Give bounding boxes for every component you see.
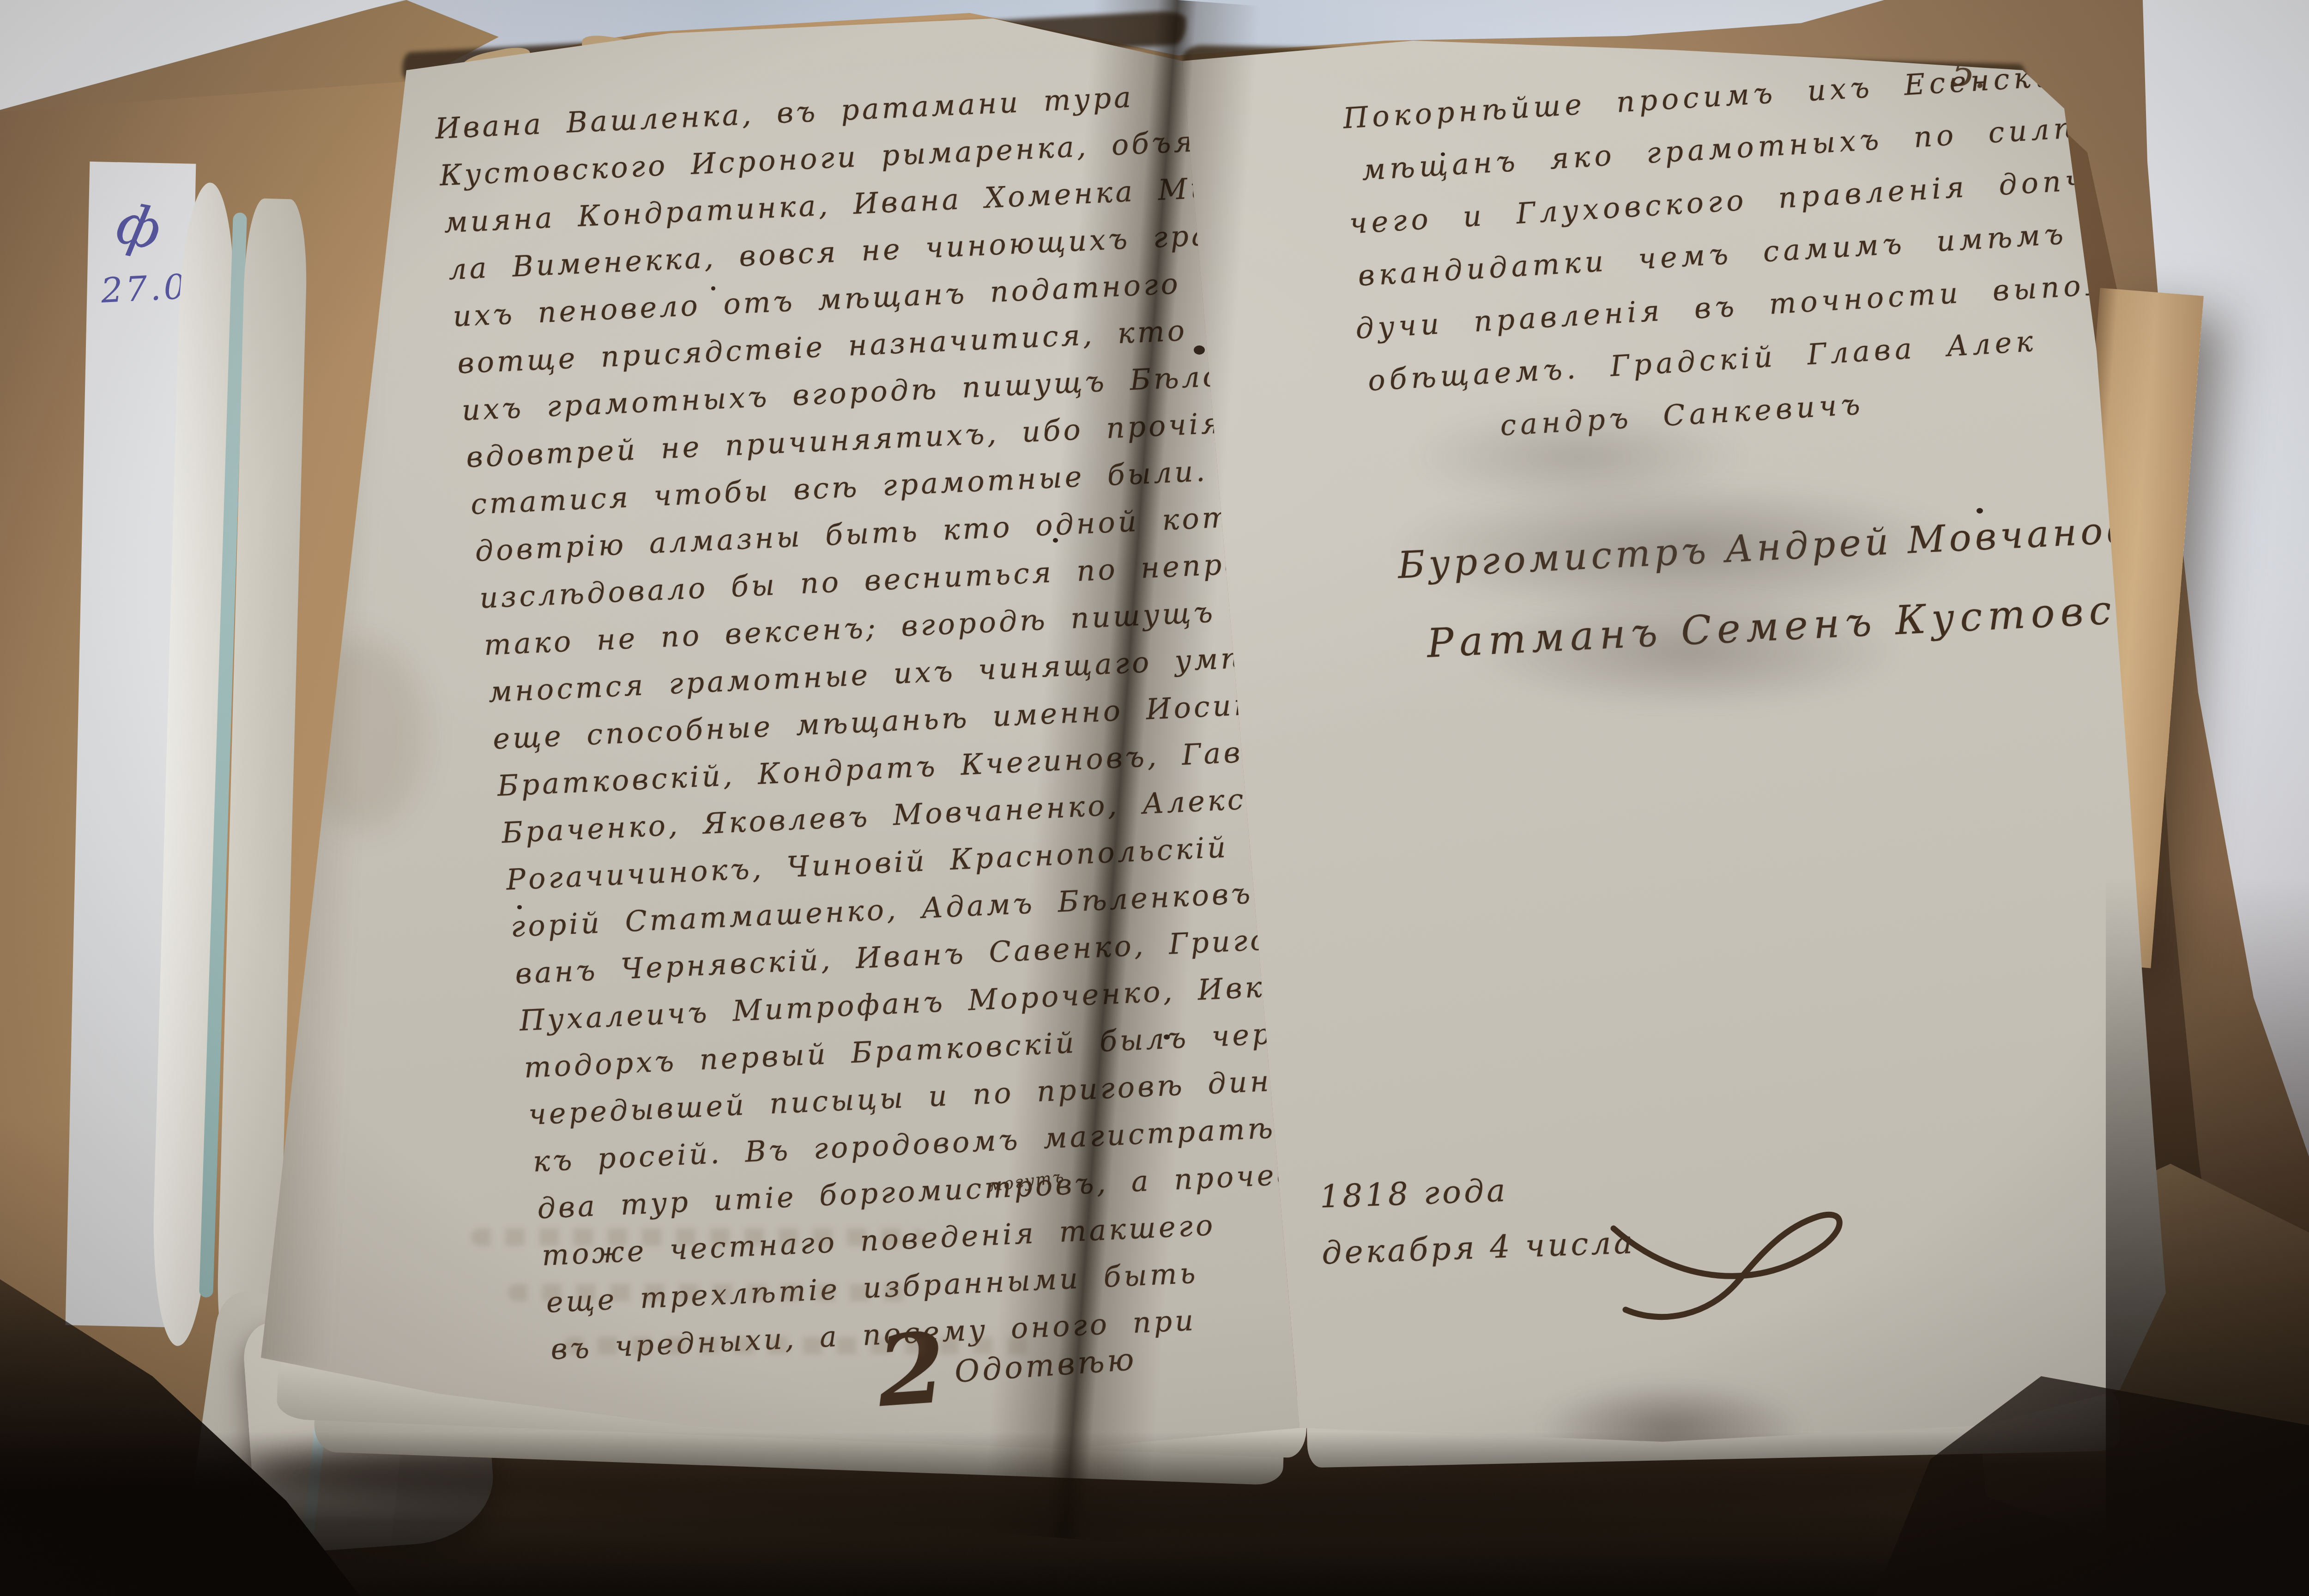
photo-grain-overlay [0, 0, 2309, 1596]
photo-stage: ф 27.0 Ивана Вашленка, въ ратамани тураК… [0, 0, 2309, 1596]
